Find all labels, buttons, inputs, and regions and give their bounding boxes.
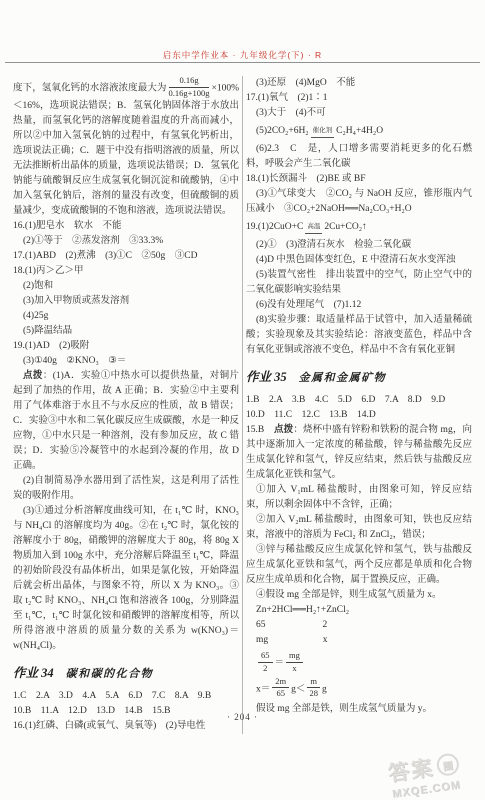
text-line: (3)①通过分析溶解度曲线可知，在 t₁℃ 时，KNO₃ 与 NH₄Cl 的溶解… xyxy=(13,504,239,654)
section-heading: 作业 35金属和金属矿物 xyxy=(246,367,472,386)
text-line: ③锌与稀盐酸反应生成氯化锌和氢气，铁与盐酸反应生成氯化亚铁和氢气，两个反应都是单… xyxy=(246,543,472,588)
text-line: ④假设 mg 全部是锌，则生成氢气质量为 x。 xyxy=(246,588,472,603)
text-run: (2)自制简易净水器用到了活性炭，这是利用了活性炭的吸附作用。 xyxy=(13,476,239,501)
text-run: ②加入 V₂mL 稀盐酸时，由图象可知，铁也反应结束，溶液中的溶质为 FeCl₂… xyxy=(246,515,472,540)
text-line: 65 2 xyxy=(246,618,472,633)
text-line: ①加入 V₁mL 稀盐酸时，由图象可知，锌反应结束，所以剩余固体中不含锌，正确； xyxy=(246,483,472,513)
watermark-circle-icon: 圈 xyxy=(435,752,460,777)
text-run: (6)2.3 C 是，人口增多需要消耗更多的化石燃料，呼吸会产生二氧化碳 xyxy=(246,144,472,169)
fraction-denominator: 0.16g+100g xyxy=(169,88,210,99)
reaction-condition: 高温 xyxy=(305,224,322,234)
workbook-answer-page: 启东中学作业本 · 九年级化学(下) · R 度下，氢氧化钙的水溶液浓度最大为0… xyxy=(0,0,485,800)
text-line: 18.(1)丙＞乙＞甲 xyxy=(13,264,239,279)
text-run: 1.C 2.A 3.D 4.A 5.A 6.D 7.C 8.A 9.B xyxy=(13,691,211,701)
text-run: 18.(1)丙＞乙＞甲 xyxy=(13,266,83,276)
text-line: (5)2CO₂+6H₂催化剂C₂H₄+4H₂O xyxy=(246,124,472,139)
text-line: (3)①气球变大 ②CO₂ 与 NaOH 反应，锥形瓶内气压减小 ③CO₂+2N… xyxy=(246,187,472,217)
text-run: (5)降温结晶 xyxy=(23,326,72,336)
text-run: ①加入 V₁mL 稀盐酸时，由图象可知，锌反应结束，所以剩余固体中不含锌，正确； xyxy=(246,485,472,510)
page-footer: · 204 · xyxy=(0,712,485,722)
fraction: mgx xyxy=(286,651,303,674)
text-line: ②加入 V₂mL 稀盐酸时，由图象可知，铁也反应结束，溶液中的溶质为 FeCl₂… xyxy=(246,513,472,543)
text-line: (3)①40g ②KNO₃ ③＝ xyxy=(13,354,239,369)
fraction-denominator: 28 xyxy=(307,688,320,699)
text-line: 19.(1)2CuO+C高温2Cu+CO₂↑ xyxy=(246,220,472,235)
text-line: 1.B 2.A 3.B 4.C 5.D 6.D 7.A 8.D 9.D xyxy=(246,393,472,408)
text-run: mg x xyxy=(256,635,328,645)
text-line: (4)D 中黑色固体变红色，E 中澄清石灰水变浑浊 xyxy=(246,253,472,268)
text-run: 15.B xyxy=(246,425,274,435)
text-line: (2)饱和 xyxy=(13,279,239,294)
fraction-denominator: 65 xyxy=(272,688,289,699)
text-run: ③锌与稀盐酸反应生成氯化锌和氢气，铁与盐酸反应生成氯化亚铁和氢气，两个反应都是单… xyxy=(246,545,472,585)
text-run: (3)①气球变大 ②CO₂ 与 NaOH 反应，锥形瓶内气压减小 ③CO₂+2N… xyxy=(246,189,472,214)
text-line: (2)自制简易净水器用到了活性炭，这是利用了活性炭的吸附作用。 xyxy=(13,474,239,504)
text-line: 10.D 11.C 12.C 13.B 14.D xyxy=(246,408,472,423)
content-columns: 度下，氢氧化钙的水溶液浓度最大为0.16g0.16g+100g×100%＜16%… xyxy=(13,76,473,734)
text-run: C₂H₄+4H₂O xyxy=(336,126,383,136)
text-run: (5)装置气密性 排出装置中的空气，防止空气中的二氧化碳影响实验结果 xyxy=(246,270,472,295)
text-run: 19.(1)2CuO+C xyxy=(246,222,303,232)
text-run: (2)① (3)澄清石灰水 检验二氧化碳 xyxy=(256,240,411,250)
text-run: 10.D 11.C 12.C 13.B 14.D xyxy=(246,410,376,420)
fraction-numerator: 65 xyxy=(258,651,273,663)
text-run: (2)①等于 ②蒸发溶剂 ③33.3% xyxy=(23,236,163,246)
text-line: 度下，氢氧化钙的水溶液浓度最大为0.16g0.16g+100g×100%＜16%… xyxy=(13,76,239,219)
text-run: g＜ xyxy=(291,684,305,694)
text-run: 17.(1)ABD (2)煮沸 (3)①C ②50g ③CD xyxy=(13,251,197,261)
text-run: (6)没有处理尾气 (7)1.12 xyxy=(256,300,361,310)
fraction-denominator: x xyxy=(286,663,303,674)
text-line: (3)还原 (4)MgO 不能 xyxy=(246,76,472,91)
section-heading: 作业 34碳和碳的化合物 xyxy=(13,663,239,682)
text-run: (3)还原 (4)MgO 不能 xyxy=(256,78,355,88)
text-line: 652＝mgx xyxy=(246,651,472,674)
left-column: 度下，氢氧化钙的水溶液浓度最大为0.16g0.16g+100g×100%＜16%… xyxy=(13,76,239,734)
fraction: 652 xyxy=(258,651,273,674)
emphasis-text: 点拨 xyxy=(274,425,293,435)
fraction: 0.16g0.16g+100g xyxy=(169,76,210,99)
text-run: 18.(1)长颈漏斗 (2)BE 或 BF xyxy=(246,174,366,184)
text-line: 16.(1)肥皂水 软水 不能 xyxy=(13,219,239,234)
text-run: (4)D 中黑色固体变红色，E 中澄清石灰水变浑浊 xyxy=(256,255,456,265)
text-run: (3)加入甲物质或蒸发溶剂 xyxy=(23,296,129,306)
fraction-numerator: m xyxy=(307,677,320,689)
text-run: Zn+2HCl══H₂↑+ZnCl₂ xyxy=(256,605,349,615)
text-run: 17.(1)氧气 (2)1∶1 xyxy=(246,93,328,103)
fraction: 2m65 xyxy=(272,677,289,700)
text-run: ：(1)A．实验①中热水可以提供热量，对铜片起到了加热的作用，故 A 正确；B．… xyxy=(13,371,241,471)
text-run: (3)①40g ②KNO₃ ③＝ xyxy=(23,356,126,366)
text-line: 17.(1)氧气 (2)1∶1 xyxy=(246,91,472,106)
text-run: 1.B 2.A 3.B 4.C 5.D 6.D 7.A 8.D 9.D xyxy=(246,395,445,405)
text-line: (4)25g xyxy=(13,309,239,324)
column-divider xyxy=(242,76,243,734)
text-line: 点拨：(1)A．实验①中热水可以提供热量，对铜片起到了加热的作用，故 A 正确；… xyxy=(13,369,239,474)
text-line: (8)实验步骤：取适量样品于试管中，加入适量稀硫酸；实验现象及其实验结论：溶液变… xyxy=(246,313,472,358)
text-line: (5)装置气密性 排出装置中的空气，防止空气中的二氧化碳影响实验结果 xyxy=(246,268,472,298)
text-line: (6)没有处理尾气 (7)1.12 xyxy=(246,298,472,313)
book-title: 启东中学作业本 · 九年级化学(下) · R xyxy=(0,49,485,61)
text-run: ④假设 mg 全部是锌，则生成氢气质量为 x。 xyxy=(256,590,442,600)
fraction: m28 xyxy=(307,677,320,700)
fraction-numerator: 2m xyxy=(272,677,289,689)
fraction-numerator: mg xyxy=(286,651,303,663)
text-run: 2Cu+CO₂↑ xyxy=(324,222,366,232)
text-run: (2)饱和 xyxy=(23,281,53,291)
text-line: Zn+2HCl══H₂↑+ZnCl₂ xyxy=(246,603,472,618)
reaction-condition: 催化剂 xyxy=(311,128,335,138)
text-line: (3)加入甲物质或蒸发溶剂 xyxy=(13,294,239,309)
text-run: (3)大于 (4)不可 xyxy=(256,108,326,118)
fraction-numerator: 0.16g xyxy=(169,76,210,88)
text-run: x＝ xyxy=(256,684,270,694)
text-line: x＝2m65g＜m28g xyxy=(246,677,472,700)
text-line: (5)降温结晶 xyxy=(13,324,239,339)
text-run: 16.(1)肥皂水 软水 不能 xyxy=(13,221,121,231)
text-run: (5)2CO₂+6H₂ xyxy=(256,126,309,136)
text-line: (2)①等于 ②蒸发溶剂 ③33.3% xyxy=(13,234,239,249)
text-run: g xyxy=(322,684,327,694)
text-run: (8)实验步骤：取适量样品于试管中，加入适量稀硫酸；实验现象及其实验结论：溶液变… xyxy=(246,315,472,355)
header-divider xyxy=(5,62,480,63)
fraction-denominator: 2 xyxy=(258,663,273,674)
text-run: 65 2 xyxy=(256,620,327,630)
watermark: 答案 圈 MXQE.COM xyxy=(365,745,485,800)
text-line: 19.(1)AD (2)吸附 xyxy=(13,339,239,354)
text-line: (6)2.3 C 是，人口增多需要消耗更多的化石燃料，呼吸会产生二氧化碳 xyxy=(246,142,472,172)
text-line: (2)① (3)澄清石灰水 检验二氧化碳 xyxy=(246,238,472,253)
section-title: 碳和碳的化合物 xyxy=(66,668,154,680)
text-run: (3)①通过分析溶解度曲线可知，在 t₁℃ 时，KNO₃ 与 NH₄Cl 的溶解… xyxy=(13,506,241,651)
text-line: 17.(1)ABD (2)煮沸 (3)①C ②50g ③CD xyxy=(13,249,239,264)
page-number: · 204 · xyxy=(227,712,258,722)
section-number: 作业 35 xyxy=(246,370,287,384)
text-run: 19.(1)AD (2)吸附 xyxy=(13,341,89,351)
text-line: 15.B 点拨：烧杯中盛有锌粉和铁粉的混合物 mg，向其中逐渐加入一定浓度的稀盐… xyxy=(246,423,472,483)
text-run: (4)25g xyxy=(23,311,48,321)
section-number: 作业 34 xyxy=(13,666,54,680)
text-line: 18.(1)长颈漏斗 (2)BE 或 BF xyxy=(246,172,472,187)
section-title: 金属和金属矿物 xyxy=(299,372,387,384)
text-line: (3)大于 (4)不可 xyxy=(246,106,472,121)
text-run: ×100%＜16%，选项说法错误；B．氢氧化钠固体溶于水放出热量，而氢氧化钙的溶… xyxy=(13,84,239,216)
text-run: 度下，氢氧化钙的水溶液浓度最大为 xyxy=(13,84,167,94)
text-run: ＝ xyxy=(275,659,285,669)
right-column: (3)还原 (4)MgO 不能17.(1)氧气 (2)1∶1(3)大于 (4)不… xyxy=(246,76,472,734)
text-line: 1.C 2.A 3.D 4.A 5.A 6.D 7.C 8.A 9.B xyxy=(13,689,239,704)
emphasis-text: 点拨 xyxy=(23,371,43,381)
text-run: 16.(1)红磷、白磷(或氧气、臭氧等) (2)导电性 xyxy=(13,721,205,731)
text-line: mg x xyxy=(246,633,472,648)
